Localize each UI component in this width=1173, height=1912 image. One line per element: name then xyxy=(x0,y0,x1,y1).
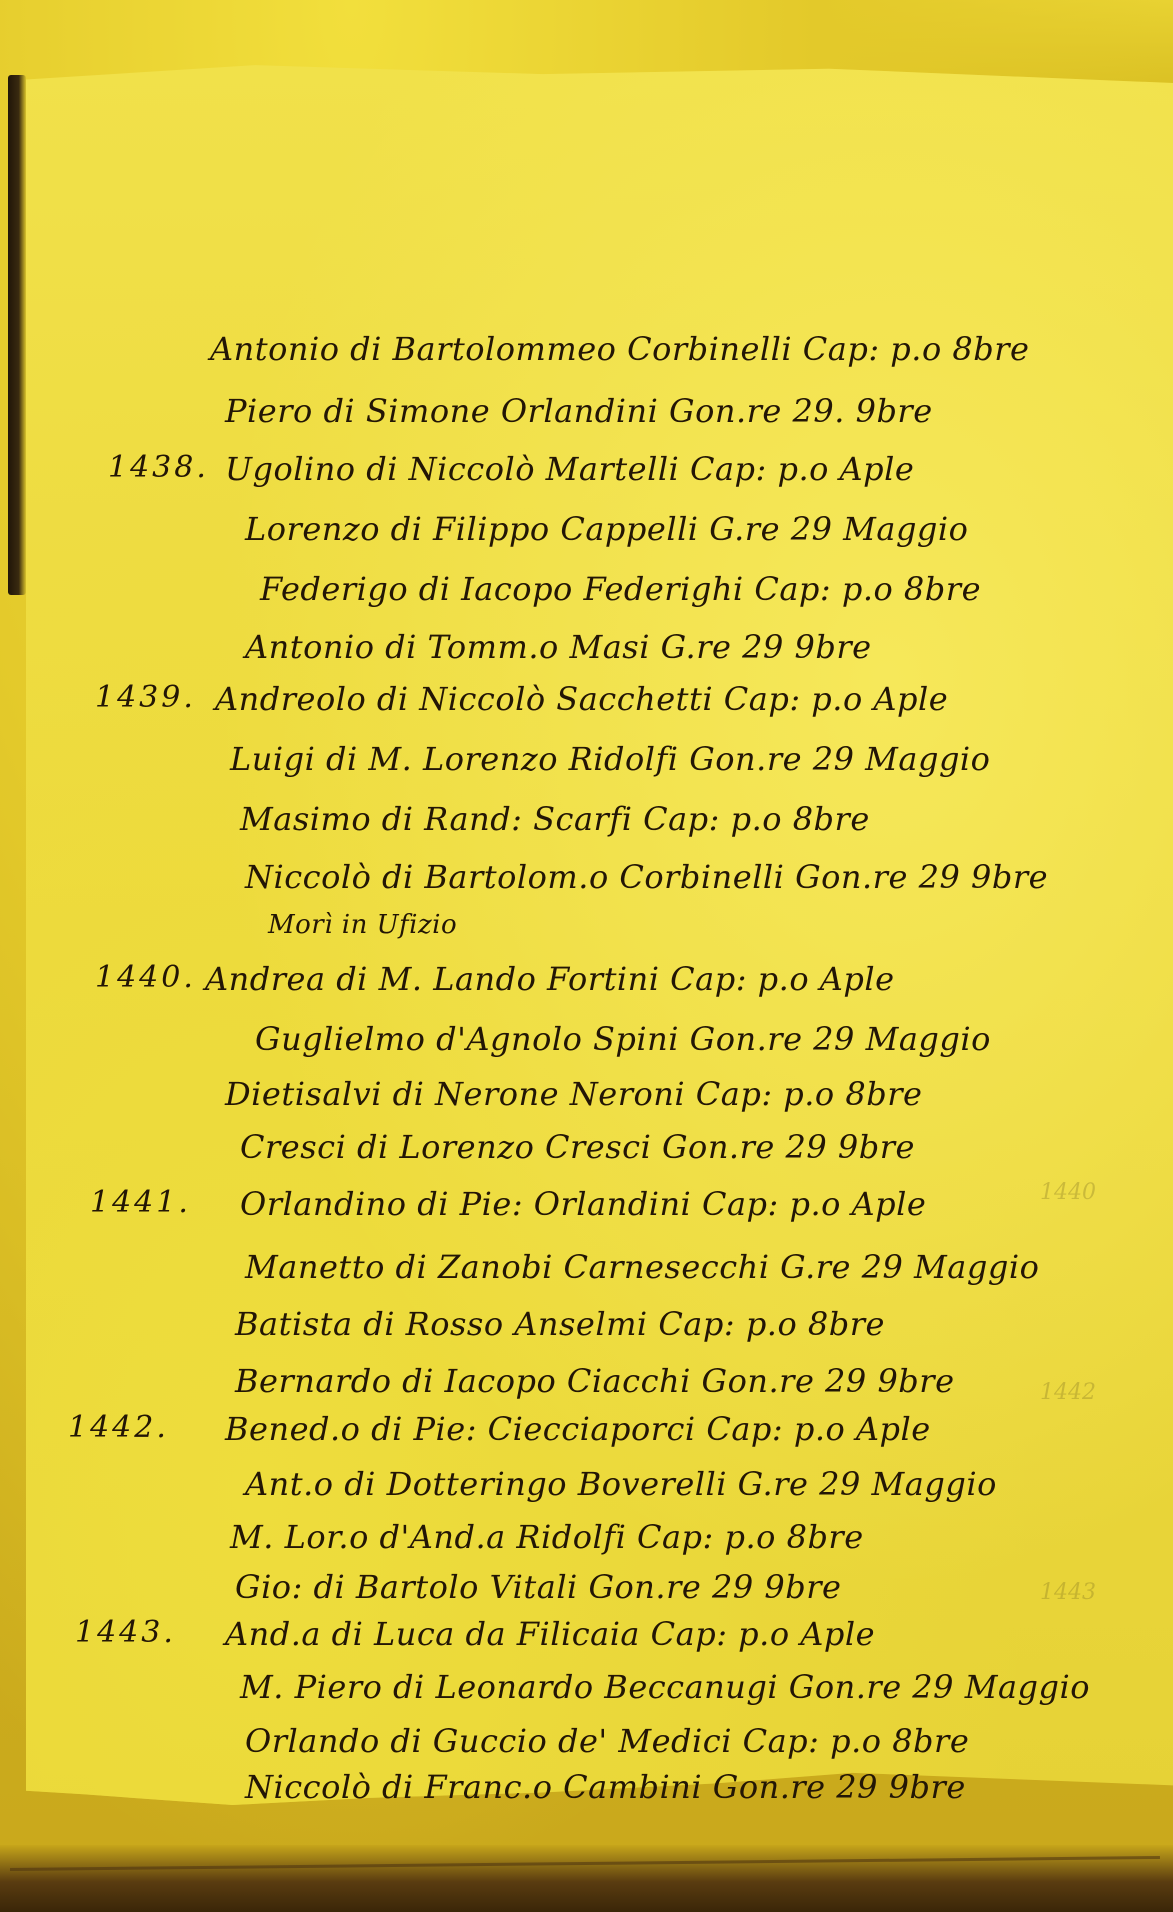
entry-line: Piero di Simone Orlandini Gon.re 29. 9br… xyxy=(225,392,933,430)
entry-line: Lorenzo di Filippo Cappelli G.re 29 Magg… xyxy=(245,510,968,548)
entry-line: Ugolino di Niccolò Martelli Cap: p.o Apl… xyxy=(225,450,914,488)
entry-line: Manetto di Zanobi Carnesecchi G.re 29 Ma… xyxy=(245,1248,1039,1286)
entry-line: Guglielmo d'Agnolo Spini Gon.re 29 Maggi… xyxy=(255,1020,991,1058)
entry-line: Andrea di M. Lando Fortini Cap: p.o Aple xyxy=(205,960,895,998)
entry-line: Orlandino di Pie: Orlandini Cap: p.o Apl… xyxy=(240,1185,926,1223)
year-label: 1441. xyxy=(90,1185,191,1220)
entry-line: Bernardo di Iacopo Ciacchi Gon.re 29 9br… xyxy=(235,1362,955,1400)
year-label: 1439. xyxy=(95,680,196,715)
register-entries: Antonio di Bartolommeo Corbinelli Cap: p… xyxy=(0,0,1173,1912)
entry-line: Niccolò di Bartolom.o Corbinelli Gon.re … xyxy=(245,858,1048,896)
entry-line: Orlando di Guccio de' Medici Cap: p.o 8b… xyxy=(245,1722,969,1760)
year-label: 1442. xyxy=(68,1410,169,1445)
entry-line: Luigi di M. Lorenzo Ridolfi Gon.re 29 Ma… xyxy=(230,740,990,778)
entry-line: Batista di Rosso Anselmi Cap: p.o 8bre xyxy=(235,1305,885,1343)
year-label: 1438. xyxy=(108,450,209,485)
entry-line: M. Lor.o d'And.a Ridolfi Cap: p.o 8bre xyxy=(230,1518,864,1556)
entry-line: Andreolo di Niccolò Sacchetti Cap: p.o A… xyxy=(215,680,948,718)
entry-line: Federigo di Iacopo Federighi Cap: p.o 8b… xyxy=(260,570,981,608)
entry-line: Ant.o di Dotteringo Boverelli G.re 29 Ma… xyxy=(245,1465,997,1503)
entry-note: Morì in Ufizio xyxy=(268,910,457,940)
entry-line: Gio: di Bartolo Vitali Gon.re 29 9bre xyxy=(235,1568,841,1606)
entry-line: Antonio di Tomm.o Masi G.re 29 9bre xyxy=(245,628,872,666)
entry-line: Niccolò di Franc.o Cambini Gon.re 29 9br… xyxy=(245,1768,966,1806)
entry-line: Antonio di Bartolommeo Corbinelli Cap: p… xyxy=(210,330,1029,368)
entry-line: Dietisalvi di Nerone Neroni Cap: p.o 8br… xyxy=(225,1075,922,1113)
year-label: 1440. xyxy=(95,960,196,995)
entry-line: Bened.o di Pie: Ciecciaporci Cap: p.o Ap… xyxy=(225,1410,931,1448)
year-label: 1443. xyxy=(75,1615,176,1650)
entry-line: Masimo di Rand: Scarfi Cap: p.o 8bre xyxy=(240,800,870,838)
entry-line: Cresci di Lorenzo Cresci Gon.re 29 9bre xyxy=(240,1128,915,1166)
entry-line: M. Piero di Leonardo Beccanugi Gon.re 29… xyxy=(240,1668,1090,1706)
entry-line: And.a di Luca da Filicaia Cap: p.o Aple xyxy=(225,1615,875,1653)
